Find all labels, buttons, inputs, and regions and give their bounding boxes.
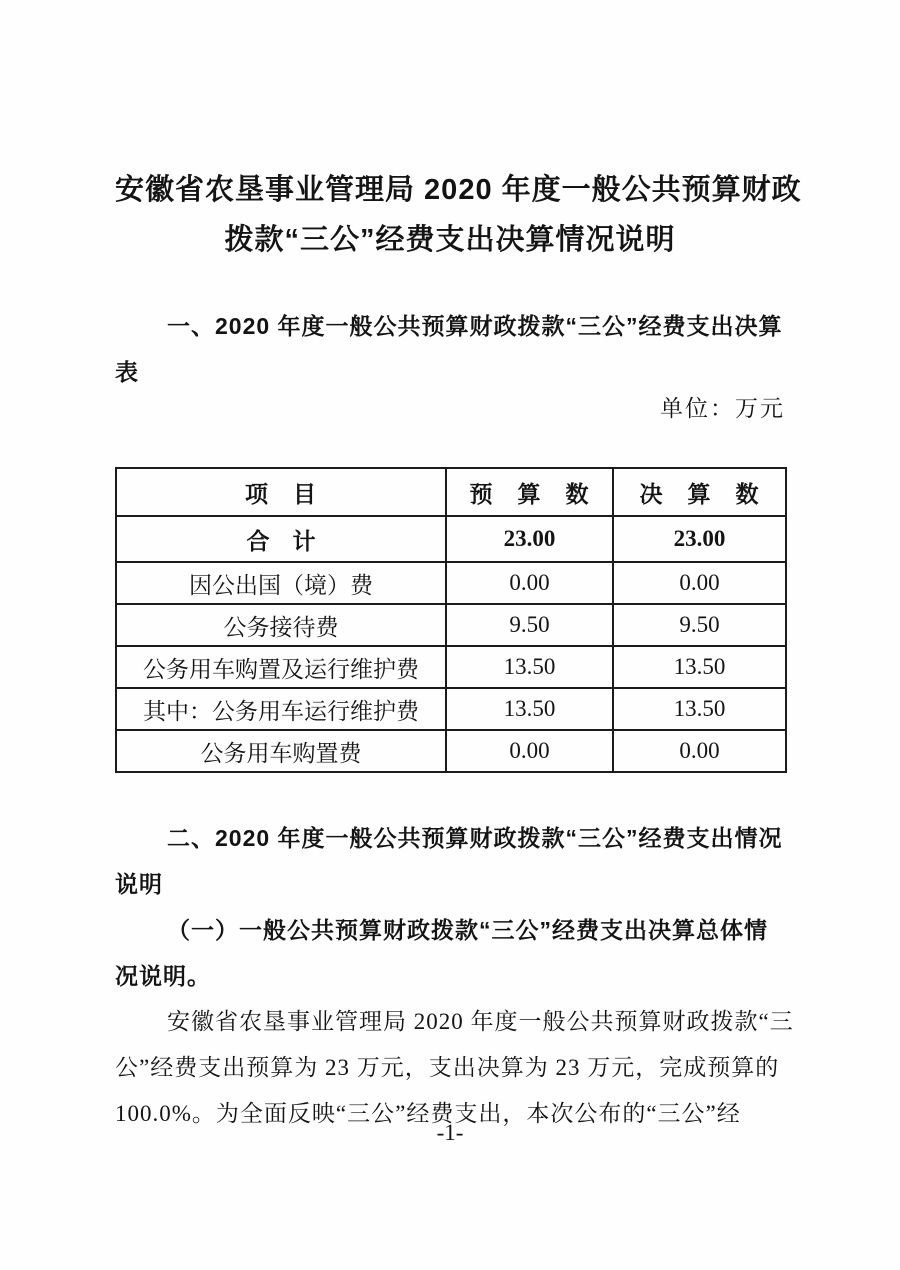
- budget-cell: 13.50: [446, 688, 613, 730]
- section1-heading-line-1: 一、2020 年度一般公共预算财政拨款“三公”经费支出决算: [115, 303, 785, 349]
- section1-heading: 一、2020 年度一般公共预算财政拨款“三公”经费支出决算 表: [115, 303, 785, 395]
- section2-heading: 二、2020 年度一般公共预算财政拨款“三公”经费支出情况 说明: [115, 815, 785, 907]
- final-cell: 0.00: [613, 562, 786, 604]
- title-line-2: 拨款“三公”经费支出决算情况说明: [115, 215, 785, 265]
- budget-cell: 9.50: [446, 604, 613, 646]
- header-item: 项 目: [116, 468, 446, 516]
- paragraph-line-2: 公”经费支出预算为 23 万元，支出决算为 23 万元，完成预算的: [115, 1045, 785, 1091]
- paragraph-line-1: 安徽省农垦事业管理局 2020 年度一般公共预算财政拨款“三: [115, 999, 785, 1045]
- section1-heading-line-2: 表: [115, 349, 785, 395]
- budget-cell: 13.50: [446, 646, 613, 688]
- item-cell: 公务用车购置及运行维护费: [116, 646, 446, 688]
- subsection1-heading: （一）一般公共预算财政拨款“三公”经费支出决算总体情 况说明。: [115, 907, 785, 999]
- page-number: -1-: [0, 1120, 900, 1146]
- final-cell: 0.00: [613, 730, 786, 772]
- table-row-abroad: 因公出国（境）费 0.00 0.00: [116, 562, 786, 604]
- subsection1-heading-line-1: （一）一般公共预算财政拨款“三公”经费支出决算总体情: [115, 907, 785, 953]
- section2-heading-line-2: 说明: [115, 861, 785, 907]
- document-page: 安徽省农垦事业管理局 2020 年度一般公共预算财政 拨款“三公”经费支出决算情…: [0, 0, 900, 1270]
- final-cell: 23.00: [613, 516, 786, 562]
- item-cell: 合 计: [116, 516, 446, 562]
- budget-cell: 0.00: [446, 562, 613, 604]
- table-row-total: 合 计 23.00 23.00: [116, 516, 786, 562]
- table-row-vehicle-purchase: 公务用车购置费 0.00 0.00: [116, 730, 786, 772]
- table-row-vehicle-total: 公务用车购置及运行维护费 13.50 13.50: [116, 646, 786, 688]
- final-cell: 9.50: [613, 604, 786, 646]
- table-header-row: 项 目 预 算 数 决 算 数: [116, 468, 786, 516]
- header-budget: 预 算 数: [446, 468, 613, 516]
- document-title: 安徽省农垦事业管理局 2020 年度一般公共预算财政 拨款“三公”经费支出决算情…: [115, 165, 785, 265]
- final-cell: 13.50: [613, 646, 786, 688]
- budget-cell: 23.00: [446, 516, 613, 562]
- body-paragraph: 安徽省农垦事业管理局 2020 年度一般公共预算财政拨款“三 公”经费支出预算为…: [115, 999, 785, 1137]
- item-cell: 公务用车购置费: [116, 730, 446, 772]
- item-cell: 其中：公务用车运行维护费: [116, 688, 446, 730]
- table-row-vehicle-maintenance: 其中：公务用车运行维护费 13.50 13.50: [116, 688, 786, 730]
- final-cell: 13.50: [613, 688, 786, 730]
- section2-heading-line-1: 二、2020 年度一般公共预算财政拨款“三公”经费支出情况: [115, 815, 785, 861]
- item-cell: 公务接待费: [116, 604, 446, 646]
- subsection1-heading-line-2: 况说明。: [115, 953, 785, 999]
- budget-cell: 0.00: [446, 730, 613, 772]
- expense-table: 项 目 预 算 数 决 算 数 合 计 23.00 23.00 因公出国（境）费…: [115, 467, 787, 773]
- header-final: 决 算 数: [613, 468, 786, 516]
- unit-label: 单位：万元: [115, 395, 785, 423]
- item-cell: 因公出国（境）费: [116, 562, 446, 604]
- table-row-reception: 公务接待费 9.50 9.50: [116, 604, 786, 646]
- title-line-1: 安徽省农垦事业管理局 2020 年度一般公共预算财政: [115, 165, 785, 215]
